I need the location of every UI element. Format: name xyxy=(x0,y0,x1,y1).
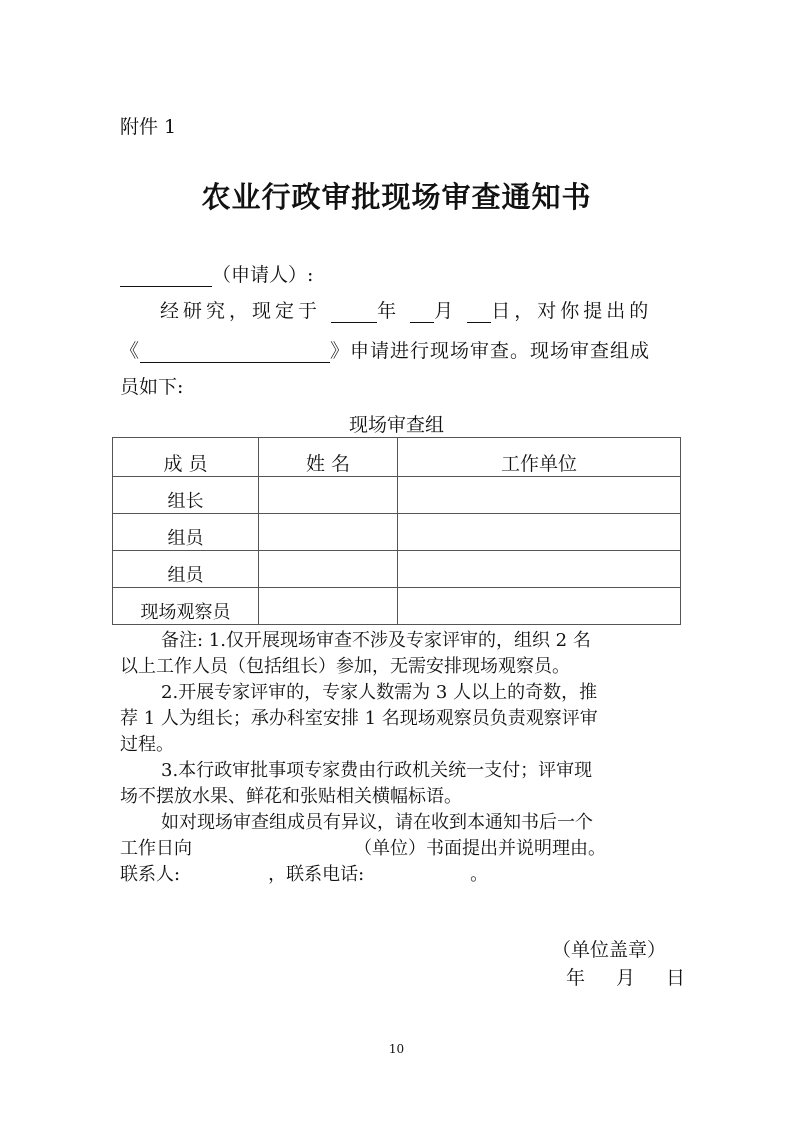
attachment-label: 附件 1 xyxy=(120,112,176,139)
addressee-suffix: （申请人）: xyxy=(212,264,313,286)
application-name-blank[interactable] xyxy=(140,342,330,363)
table-row: 组长 xyxy=(113,477,681,514)
note-1-line-2: 以上工作人员（包括组长）参加，无需安排现场观察员。 xyxy=(120,654,570,680)
note-3-line-2: 场不摆放水果、鲜花和张贴相关横幅标语。 xyxy=(120,784,462,810)
contact-line: 联系人:，联系电话:。 xyxy=(120,862,488,888)
role-cell: 现场观察员 xyxy=(113,588,259,625)
year-blank[interactable] xyxy=(331,302,377,323)
day-blank[interactable] xyxy=(467,302,491,323)
table-row: 现场观察员 xyxy=(113,588,681,625)
table-row: 组员 xyxy=(113,551,681,588)
contact-phone-label: ，联系电话: xyxy=(268,864,364,885)
intro-line-2: 《》申请进行现场审查。现场审查组成 xyxy=(120,336,650,363)
book-title-open: 《 xyxy=(120,340,140,362)
review-team-table: 成 员 姓 名 工作单位 组长 组员 组员 现场观察员 xyxy=(112,437,681,625)
document-title: 农业行政审批现场审查通知书 xyxy=(0,175,793,216)
name-cell[interactable] xyxy=(259,551,398,588)
intro-line-1: 经研究，现定于 年 月 日，对你提出的 xyxy=(160,296,652,323)
note-2-line-3: 过程。 xyxy=(120,732,174,758)
objection-line-2: 工作日向（单位）书面提出并说明理由。 xyxy=(120,836,606,862)
contact-person-label: 联系人: xyxy=(120,864,180,885)
unit-cell[interactable] xyxy=(398,514,681,551)
unit-cell[interactable] xyxy=(398,551,681,588)
period: 。 xyxy=(470,864,488,885)
table-caption: 现场审查组 xyxy=(0,410,793,437)
applicant-blank[interactable] xyxy=(120,266,212,287)
unit-cell[interactable] xyxy=(398,588,681,625)
month-blank[interactable] xyxy=(410,302,434,323)
unit-cell[interactable] xyxy=(398,477,681,514)
role-cell: 组员 xyxy=(113,514,259,551)
table-header-row: 成 员 姓 名 工作单位 xyxy=(113,438,681,477)
signature-date: 年 月 日 xyxy=(566,963,691,990)
page-number: 10 xyxy=(0,1042,793,1056)
note-2-line-2: 荐 1 人为组长；承办科室安排 1 名现场观察员负责观察评审 xyxy=(120,706,598,732)
day-suffix: 日，对你提出的 xyxy=(491,300,652,322)
note-1-line-1: 备注: 1.仅开展现场审查不涉及专家评审的，组织 2 名 xyxy=(161,628,591,654)
role-cell: 组长 xyxy=(113,477,259,514)
seal-label: （单位盖章） xyxy=(552,935,666,962)
role-cell: 组员 xyxy=(113,551,259,588)
name-cell[interactable] xyxy=(259,514,398,551)
table-row: 组员 xyxy=(113,514,681,551)
header-name: 姓 名 xyxy=(259,438,398,477)
note-3-line-1: 3.本行政审批事项专家费由行政机关统一支付；评审现 xyxy=(161,758,592,784)
month-label: 月 xyxy=(434,300,457,322)
intro-text: 经研究，现定于 xyxy=(160,300,321,322)
addressee-line: （申请人）: xyxy=(120,260,313,287)
name-cell[interactable] xyxy=(259,588,398,625)
intro-line2-text: 》申请进行现场审查。现场审查组成 xyxy=(330,340,650,362)
objection-prefix: 工作日向 xyxy=(120,838,192,859)
note-2-line-1: 2.开展专家评审的，专家人数需为 3 人以上的奇数，推 xyxy=(161,680,597,706)
objection-suffix: （单位）书面提出并说明理由。 xyxy=(354,838,606,859)
header-member: 成 员 xyxy=(113,438,259,477)
name-cell[interactable] xyxy=(259,477,398,514)
intro-line-3: 员如下: xyxy=(120,372,183,399)
objection-line-1: 如对现场审查组成员有异议，请在收到本通知书后一个 xyxy=(161,810,593,836)
year-label: 年 xyxy=(377,300,400,322)
header-unit: 工作单位 xyxy=(398,438,681,477)
